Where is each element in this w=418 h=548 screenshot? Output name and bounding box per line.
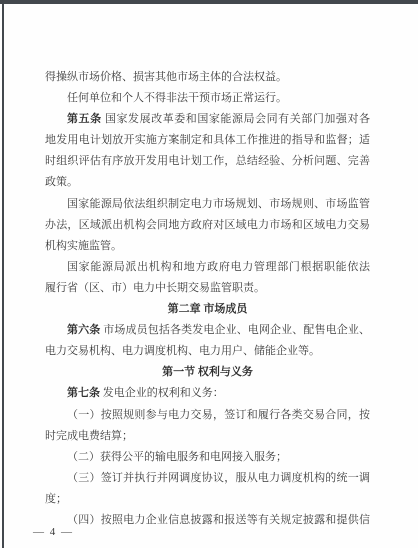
text-line: 地发用电计划放开实施方案制定和具体工作推进的指导和监督；适 (45, 130, 370, 151)
text-segment: 得操纵市场价格、损害其他市场主体的合法权益。 (45, 71, 287, 83)
text-line: （二）获得公平的输电服务和电网接入服务； (45, 447, 370, 468)
text-line: 第五条 国家发展改革委和国家能源局会同有关部门加强对各 (45, 109, 370, 130)
top-edge-rule (0, 0, 418, 4)
text-segment: 国家发展改革委和国家能源局会同有关部门加强对各 (102, 113, 370, 125)
text-segment: 国家能源局派出机构和地方政府电力管理部门根据职能依法 (67, 261, 370, 273)
text-line: 政策。 (45, 172, 370, 193)
text-line: 得操纵市场价格、损害其他市场主体的合法权益。 (45, 67, 370, 88)
text-segment: 时完成电费结算； (45, 430, 133, 442)
text-segment: 履行省（区、市）电力中长期交易监管职责。 (45, 282, 265, 294)
text-segment: （三）签订并执行并网调度协议，服从电力调度机构的统一调 (67, 472, 370, 484)
text-segment: 度； (45, 493, 67, 505)
section-heading: 第一节 权利与义务 (45, 362, 370, 383)
text-segment: 国家能源局依法组织制定电力市场规划、市场规则、市场监管 (67, 198, 370, 210)
text-segment: 地发用电计划放开实施方案制定和具体工作推进的指导和监督；适 (45, 134, 370, 146)
text-segment: 时组织评估有序放开发用电计划工作，总结经验、分析问题、完善 (45, 155, 370, 167)
text-line: 国家能源局依法组织制定电力市场规划、市场规则、市场监管 (45, 194, 370, 215)
text-line: 机构实施监管。 (45, 236, 370, 257)
text-segment: 任何单位和个人不得非法干预市场正常运行。 (67, 92, 287, 104)
text-line: （三）签订并执行并网调度协议，服从电力调度机构的统一调 (45, 468, 370, 489)
bold-text-segment: 第二章 市场成员 (168, 303, 248, 315)
text-segment: （一）按照规则参与电力交易，签订和履行各类交易合同，按 (67, 409, 370, 421)
text-segment: 发电企业的权利和义务： (100, 387, 224, 399)
text-segment: 电力交易机构、电力调度机构、电力用户、储能企业等。 (45, 345, 320, 357)
document-body: 得操纵市场价格、损害其他市场主体的合法权益。任何单位和个人不得非法干预市场正常运… (45, 67, 370, 531)
text-line: 第七条 发电企业的权利和义务： (45, 383, 370, 404)
text-line: 履行省（区、市）电力中长期交易监管职责。 (45, 278, 370, 299)
text-line: （一）按照规则参与电力交易，签订和履行各类交易合同，按 (45, 405, 370, 426)
text-segment: 办法，区域派出机构会同地方政府对区域电力市场和区域电力交易 (45, 219, 370, 231)
document-page: 得操纵市场价格、损害其他市场主体的合法权益。任何单位和个人不得非法干预市场正常运… (0, 0, 418, 548)
text-segment: 政策。 (45, 176, 78, 188)
text-line: 办法，区域派出机构会同地方政府对区域电力市场和区域电力交易 (45, 215, 370, 236)
text-line: 电力交易机构、电力调度机构、电力用户、储能企业等。 (45, 341, 370, 362)
bold-text-segment: 第五条 (67, 113, 102, 125)
page-number: — 4 — (33, 526, 74, 538)
text-segment: （二）获得公平的输电服务和电网接入服务； (67, 451, 287, 463)
left-edge-rule (2, 0, 4, 548)
text-line: （四）按照电力企业信息披露和报送等有关规定披露和提供信 (45, 510, 370, 531)
text-segment: 机构实施监管。 (45, 240, 122, 252)
bold-text-segment: 第六条 (67, 324, 100, 336)
text-line: 度； (45, 489, 370, 510)
text-line: 第六条 市场成员包括各类发电企业、电网企业、配售电企业、 (45, 320, 370, 341)
text-line: 国家能源局派出机构和地方政府电力管理部门根据职能依法 (45, 257, 370, 278)
chapter-heading: 第二章 市场成员 (45, 299, 370, 320)
bold-text-segment: 第七条 (67, 387, 100, 399)
text-segment: （四）按照电力企业信息披露和报送等有关规定披露和提供信 (67, 514, 370, 526)
text-line: 任何单位和个人不得非法干预市场正常运行。 (45, 88, 370, 109)
text-line: 时完成电费结算； (45, 426, 370, 447)
text-line: 时组织评估有序放开发用电计划工作，总结经验、分析问题、完善 (45, 151, 370, 172)
bold-text-segment: 第一节 权利与义务 (162, 366, 253, 378)
text-segment: 市场成员包括各类发电企业、电网企业、配售电企业、 (100, 324, 370, 336)
